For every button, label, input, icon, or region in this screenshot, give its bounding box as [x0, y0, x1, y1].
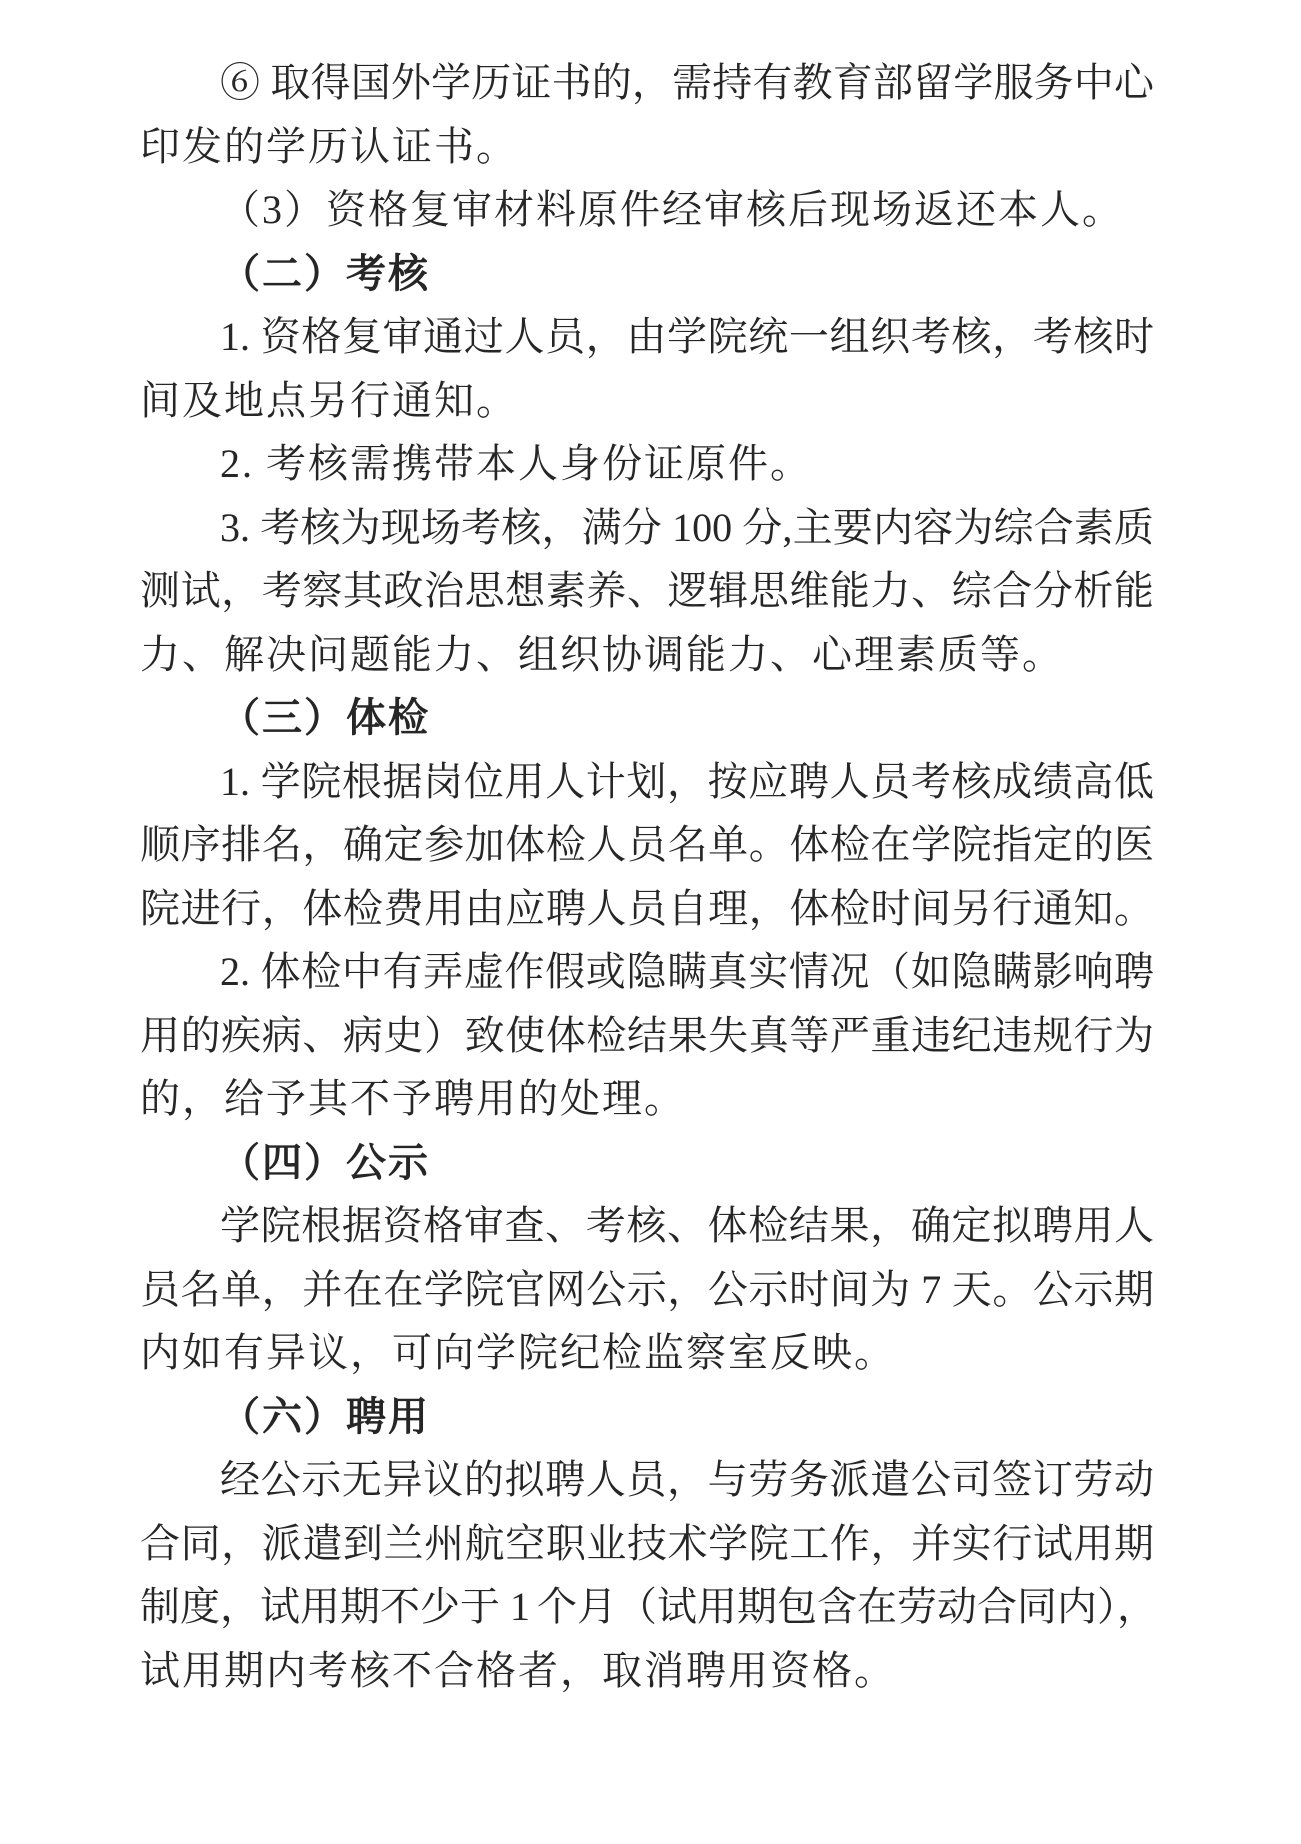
- section-heading: （二）考核: [140, 242, 1154, 306]
- document-line: 员名单，并在在学院官网公示，公示时间为 7 天。公示期: [140, 1258, 1154, 1322]
- document-line: 测试，考察其政治思想素养、逻辑思维能力、综合分析能: [140, 559, 1154, 623]
- document-line: 1. 学院根据岗位用人计划，按应聘人员考核成绩高低: [140, 750, 1154, 814]
- document-line: 顺序排名，确定参加体检人员名单。体检在学院指定的医: [140, 813, 1154, 877]
- document-line: 的，给予其不予聘用的处理。: [140, 1067, 1154, 1131]
- document-line: 2. 体检中有弄虚作假或隐瞒真实情况（如隐瞒影响聘: [140, 940, 1154, 1004]
- document-line: 3. 考核为现场考核，满分 100 分,主要内容为综合素质: [140, 496, 1154, 560]
- document-line: 试用期内考核不合格者，取消聘用资格。: [140, 1639, 1154, 1703]
- section-heading: （六）聘用: [140, 1385, 1154, 1449]
- document-line: （3）资格复审材料原件经审核后现场返还本人。: [140, 178, 1154, 242]
- document-line: 合同，派遣到兰州航空职业技术学院工作，并实行试用期: [140, 1512, 1154, 1576]
- document-line: 经公示无异议的拟聘人员，与劳务派遣公司签订劳动: [140, 1448, 1154, 1512]
- section-heading: （三）体检: [140, 686, 1154, 750]
- section-heading: （四）公示: [140, 1131, 1154, 1195]
- document-line: 力、解决问题能力、组织协调能力、心理素质等。: [140, 623, 1154, 687]
- document-line: 间及地点另行通知。: [140, 369, 1154, 433]
- document-line: 学院根据资格审查、考核、体检结果，确定拟聘用人: [140, 1194, 1154, 1258]
- document-line: 院进行，体检费用由应聘人员自理，体检时间另行通知。: [140, 877, 1154, 941]
- document-line: 用的疾病、病史）致使体检结果失真等严重违纪违规行为: [140, 1004, 1154, 1068]
- document-body: ⑥ 取得国外学历证书的，需持有教育部留学服务中心印发的学历认证书。（3）资格复审…: [140, 51, 1154, 1702]
- document-line: 制度，试用期不少于 1 个月（试用期包含在劳动合同内），: [140, 1575, 1154, 1639]
- document-line: 印发的学历认证书。: [140, 115, 1154, 179]
- document-line: ⑥ 取得国外学历证书的，需持有教育部留学服务中心: [140, 51, 1154, 115]
- document-line: 2. 考核需携带本人身份证原件。: [140, 432, 1154, 496]
- document-page: ⑥ 取得国外学历证书的，需持有教育部留学服务中心印发的学历认证书。（3）资格复审…: [0, 0, 1301, 1844]
- document-line: 内如有异议，可向学院纪检监察室反映。: [140, 1321, 1154, 1385]
- document-line: 1. 资格复审通过人员，由学院统一组织考核，考核时: [140, 305, 1154, 369]
